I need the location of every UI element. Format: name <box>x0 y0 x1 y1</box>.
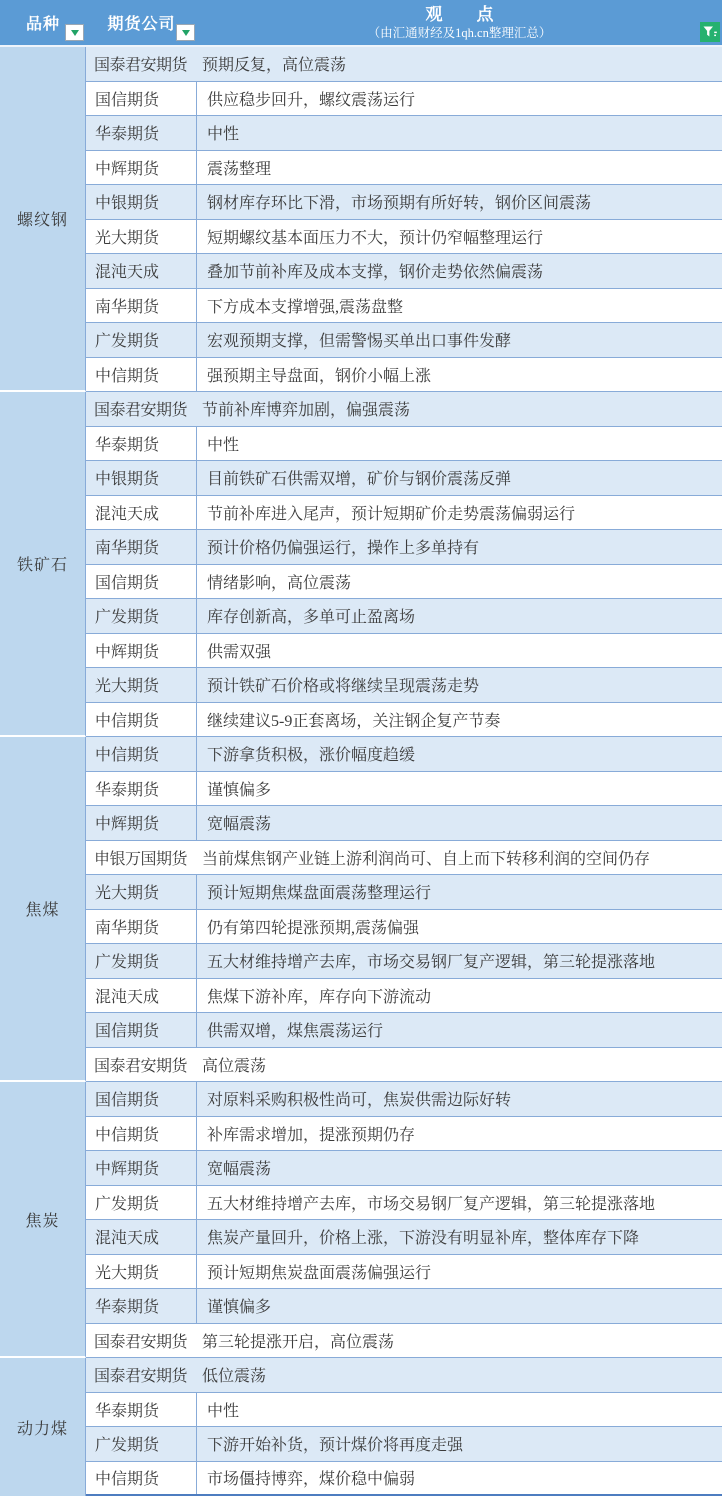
view-cell[interactable]: 节前补库进入尾声，预计短期矿价走势震荡偏弱运行 <box>197 496 722 530</box>
company-cell[interactable]: 混沌天成 <box>86 496 197 530</box>
filter-funnel-icon[interactable] <box>700 22 720 42</box>
view-cell[interactable]: 下游拿货积极，涨价幅度趋缓 <box>197 737 722 771</box>
variety-cell[interactable]: 螺纹钢 <box>0 47 86 392</box>
company-cell[interactable]: 华泰期货 <box>86 1393 197 1427</box>
table-row: 中辉期货宽幅震荡 <box>86 806 722 841</box>
company-cell[interactable]: 中信期货 <box>86 1462 197 1495</box>
variety-group: 铁矿石国泰君安期货节前补库博弈加剧，偏强震荡华泰期货中性中银期货目前铁矿石供需双… <box>0 392 722 737</box>
header-cell-view[interactable]: 观 点 （由汇通财经及1qh.cn整理汇总） <box>197 0 722 45</box>
company-cell[interactable]: 国泰君安期货 <box>86 1048 192 1082</box>
table-row: 混沌天成焦煤下游补库，库存向下游流动 <box>86 979 722 1014</box>
view-cell[interactable]: 中性 <box>197 116 722 150</box>
company-cell[interactable]: 光大期货 <box>86 1255 197 1289</box>
table-row: 华泰期货谨慎偏多 <box>86 772 722 807</box>
view-cell[interactable]: 中性 <box>197 427 722 461</box>
view-cell[interactable]: 预期反复，高位震荡 <box>192 47 722 81</box>
table-row: 国泰君安期货节前补库博弈加剧，偏强震荡 <box>86 392 722 427</box>
company-cell[interactable]: 光大期货 <box>86 220 197 254</box>
table-row: 光大期货预计短期焦炭盘面震荡偏强运行 <box>86 1255 722 1290</box>
header-cell-company[interactable]: 期货公司 <box>86 0 197 45</box>
table-row: 国信期货供需双增，煤焦震荡运行 <box>86 1013 722 1048</box>
view-cell[interactable]: 焦煤下游补库，库存向下游流动 <box>197 979 722 1013</box>
table-row: 中辉期货供需双强 <box>86 634 722 669</box>
view-cell[interactable]: 预计铁矿石价格或将继续呈现震荡走势 <box>197 668 722 702</box>
table-row: 混沌天成叠加节前补库及成本支撑，钢价走势依然偏震荡 <box>86 254 722 289</box>
company-cell[interactable]: 中辉期货 <box>86 151 197 185</box>
company-cell[interactable]: 中信期货 <box>86 737 197 771</box>
variety-group: 焦煤中信期货下游拿货积极，涨价幅度趋缓华泰期货谨慎偏多中辉期货宽幅震荡申银万国期… <box>0 737 722 1082</box>
table-row: 华泰期货中性 <box>86 1393 722 1428</box>
company-cell[interactable]: 华泰期货 <box>86 1289 197 1323</box>
table-row: 国信期货情绪影响，高位震荡 <box>86 565 722 600</box>
company-cell[interactable]: 混沌天成 <box>86 254 197 288</box>
table-row: 中信期货补库需求增加，提涨预期仍存 <box>86 1117 722 1152</box>
view-cell[interactable]: 叠加节前补库及成本支撑，钢价走势依然偏震荡 <box>197 254 722 288</box>
view-cell[interactable]: 钢材库存环比下滑，市场预期有所好转，钢价区间震荡 <box>197 185 722 219</box>
table-row: 广发期货库存创新高，多单可止盈离场 <box>86 599 722 634</box>
view-cell[interactable]: 宽幅震荡 <box>197 806 722 840</box>
view-cell[interactable]: 宏观预期支撑，但需警惕买单出口事件发酵 <box>197 323 722 357</box>
table-row: 国泰君安期货第三轮提涨开启，高位震荡 <box>86 1324 722 1359</box>
variety-rows: 国泰君安期货预期反复，高位震荡国信期货供应稳步回升，螺纹震荡运行华泰期货中性中辉… <box>86 47 722 392</box>
view-cell[interactable]: 预计短期焦炭盘面震荡偏强运行 <box>197 1255 722 1289</box>
table-row: 混沌天成焦炭产量回升，价格上涨，下游没有明显补库，整体库存下降 <box>86 1220 722 1255</box>
company-cell[interactable]: 广发期货 <box>86 944 197 978</box>
company-cell[interactable]: 国信期货 <box>86 565 197 599</box>
futures-opinions-table: 品种 期货公司 观 点 （由汇通财经及1qh.cn整理汇总） 螺纹钢国泰君安期 <box>0 0 722 1496</box>
header-cell-variety[interactable]: 品种 <box>0 0 86 45</box>
view-cell[interactable]: 高位震荡 <box>192 1048 722 1082</box>
view-cell[interactable]: 库存创新高，多单可止盈离场 <box>197 599 722 633</box>
table-row: 广发期货宏观预期支撑，但需警惕买单出口事件发酵 <box>86 323 722 358</box>
company-cell[interactable]: 广发期货 <box>86 1186 197 1220</box>
view-cell[interactable]: 情绪影响，高位震荡 <box>197 565 722 599</box>
company-cell[interactable]: 广发期货 <box>86 599 197 633</box>
view-cell[interactable]: 五大材维持增产去库，市场交易钢厂复产逻辑，第三轮提涨落地 <box>197 944 722 978</box>
table-row: 南华期货仍有第四轮提涨预期,震荡偏强 <box>86 910 722 945</box>
company-cell[interactable]: 广发期货 <box>86 1427 197 1461</box>
variety-rows: 国泰君安期货节前补库博弈加剧，偏强震荡华泰期货中性中银期货目前铁矿石供需双增，矿… <box>86 392 722 737</box>
view-cell[interactable]: 第三轮提涨开启，高位震荡 <box>192 1324 722 1358</box>
view-cell[interactable]: 预计短期焦煤盘面震荡整理运行 <box>197 875 722 909</box>
table-row: 国信期货对原料采购积极性尚可，焦炭供需边际好转 <box>86 1082 722 1117</box>
company-cell[interactable]: 国泰君安期货 <box>86 392 192 426</box>
table-row: 广发期货五大材维持增产去库，市场交易钢厂复产逻辑，第三轮提涨落地 <box>86 944 722 979</box>
company-cell[interactable]: 光大期货 <box>86 668 197 702</box>
variety-filter-dropdown-button[interactable] <box>65 24 84 41</box>
company-cell[interactable]: 国信期货 <box>86 1082 197 1116</box>
view-cell[interactable]: 预计价格仍偏强运行，操作上多单持有 <box>197 530 722 564</box>
company-cell[interactable]: 申银万国期货 <box>86 841 192 875</box>
view-cell[interactable]: 供需双强 <box>197 634 722 668</box>
company-filter-dropdown-button[interactable] <box>176 24 195 41</box>
company-cell[interactable]: 中信期货 <box>86 703 197 737</box>
table-row: 国信期货供应稳步回升，螺纹震荡运行 <box>86 82 722 117</box>
company-cell[interactable]: 中银期货 <box>86 185 197 219</box>
company-cell[interactable]: 中信期货 <box>86 358 197 392</box>
variety-group: 螺纹钢国泰君安期货预期反复，高位震荡国信期货供应稳步回升，螺纹震荡运行华泰期货中… <box>0 47 722 392</box>
view-cell[interactable]: 市场僵持博弈，煤价稳中偏弱 <box>197 1462 722 1495</box>
table-row: 中银期货目前铁矿石供需双增，矿价与钢价震荡反弹 <box>86 461 722 496</box>
company-cell[interactable]: 华泰期货 <box>86 772 197 806</box>
funnel-glyph <box>702 24 718 40</box>
table-row: 中辉期货震荡整理 <box>86 151 722 186</box>
view-cell[interactable]: 当前煤焦钢产业链上游利润尚可、自上而下转移利润的空间仍存 <box>192 841 722 875</box>
variety-group: 焦炭国信期货对原料采购积极性尚可，焦炭供需边际好转中信期货补库需求增加，提涨预期… <box>0 1082 722 1358</box>
view-cell[interactable]: 五大材维持增产去库，市场交易钢厂复产逻辑，第三轮提涨落地 <box>197 1186 722 1220</box>
view-cell[interactable]: 震荡整理 <box>197 151 722 185</box>
table-row: 国泰君安期货预期反复，高位震荡 <box>86 47 722 82</box>
company-cell[interactable]: 南华期货 <box>86 289 197 323</box>
variety-rows: 国信期货对原料采购积极性尚可，焦炭供需边际好转中信期货补库需求增加，提涨预期仍存… <box>86 1082 722 1358</box>
view-cell[interactable]: 强预期主导盘面，钢价小幅上涨 <box>197 358 722 392</box>
table-row: 南华期货预计价格仍偏强运行，操作上多单持有 <box>86 530 722 565</box>
table-row: 中银期货钢材库存环比下滑，市场预期有所好转，钢价区间震荡 <box>86 185 722 220</box>
table-row: 中信期货继续建议5-9正套离场，关注钢企复产节奏 <box>86 703 722 738</box>
view-cell[interactable]: 目前铁矿石供需双增，矿价与钢价震荡反弹 <box>197 461 722 495</box>
company-cell[interactable]: 中辉期货 <box>86 634 197 668</box>
view-cell[interactable]: 下游开始补货，预计煤价将再度走强 <box>197 1427 722 1461</box>
variety-cell[interactable]: 焦炭 <box>0 1082 86 1358</box>
table-row: 中辉期货宽幅震荡 <box>86 1151 722 1186</box>
table-row: 光大期货预计铁矿石价格或将继续呈现震荡走势 <box>86 668 722 703</box>
company-cell[interactable]: 中银期货 <box>86 461 197 495</box>
table-row: 南华期货下方成本支撑增强,震荡盘整 <box>86 289 722 324</box>
table-row: 混沌天成节前补库进入尾声，预计短期矿价走势震荡偏弱运行 <box>86 496 722 531</box>
company-cell[interactable]: 光大期货 <box>86 875 197 909</box>
header-view-title: 观 点 <box>426 5 494 25</box>
variety-group: 动力煤国泰君安期货低位震荡华泰期货中性广发期货下游开始补货，预计煤价将再度走强中… <box>0 1358 722 1496</box>
view-cell[interactable]: 继续建议5-9正套离场，关注钢企复产节奏 <box>197 703 722 737</box>
view-cell[interactable]: 谨慎偏多 <box>197 1289 722 1323</box>
variety-rows: 国泰君安期货低位震荡华泰期货中性广发期货下游开始补货，预计煤价将再度走强中信期货… <box>86 1358 722 1496</box>
view-cell[interactable]: 谨慎偏多 <box>197 772 722 806</box>
table-row: 国泰君安期货高位震荡 <box>86 1048 722 1083</box>
company-cell[interactable]: 广发期货 <box>86 323 197 357</box>
view-cell[interactable]: 短期螺纹基本面压力不大，预计仍窄幅整理运行 <box>197 220 722 254</box>
header-variety-label: 品种 <box>26 11 60 34</box>
view-cell[interactable]: 供需双增，煤焦震荡运行 <box>197 1013 722 1047</box>
company-cell[interactable]: 国泰君安期货 <box>86 1324 192 1358</box>
company-cell[interactable]: 中信期货 <box>86 1117 197 1151</box>
company-cell[interactable]: 国泰君安期货 <box>86 1358 192 1392</box>
view-cell[interactable]: 宽幅震荡 <box>197 1151 722 1185</box>
view-cell[interactable]: 补库需求增加，提涨预期仍存 <box>197 1117 722 1151</box>
table-row: 广发期货下游开始补货，预计煤价将再度走强 <box>86 1427 722 1462</box>
view-cell[interactable]: 低位震荡 <box>192 1358 722 1392</box>
variety-cell[interactable]: 焦煤 <box>0 737 86 1082</box>
view-cell[interactable]: 下方成本支撑增强,震荡盘整 <box>197 289 722 323</box>
table-row: 中信期货下游拿货积极，涨价幅度趋缓 <box>86 737 722 772</box>
table-row: 华泰期货中性 <box>86 427 722 462</box>
company-cell[interactable]: 华泰期货 <box>86 427 197 461</box>
variety-cell[interactable]: 铁矿石 <box>0 392 86 737</box>
company-cell[interactable]: 中辉期货 <box>86 1151 197 1185</box>
table-row: 中信期货市场僵持博弈，煤价稳中偏弱 <box>86 1462 722 1496</box>
view-cell[interactable]: 中性 <box>197 1393 722 1427</box>
table-body: 螺纹钢国泰君安期货预期反复，高位震荡国信期货供应稳步回升，螺纹震荡运行华泰期货中… <box>0 47 722 1496</box>
company-cell[interactable]: 华泰期货 <box>86 116 197 150</box>
variety-rows: 中信期货下游拿货积极，涨价幅度趋缓华泰期货谨慎偏多中辉期货宽幅震荡申银万国期货当… <box>86 737 722 1082</box>
company-cell[interactable]: 国信期货 <box>86 1013 197 1047</box>
header-company-label: 期货公司 <box>107 11 175 34</box>
table-row: 华泰期货谨慎偏多 <box>86 1289 722 1324</box>
company-cell[interactable]: 中辉期货 <box>86 806 197 840</box>
company-cell[interactable]: 国泰君安期货 <box>86 47 192 81</box>
view-cell[interactable]: 对原料采购积极性尚可，焦炭供需边际好转 <box>197 1082 722 1116</box>
table-row: 广发期货五大材维持增产去库，市场交易钢厂复产逻辑，第三轮提涨落地 <box>86 1186 722 1221</box>
company-cell[interactable]: 混沌天成 <box>86 979 197 1013</box>
header-view-subtitle: （由汇通财经及1qh.cn整理汇总） <box>368 26 552 40</box>
view-cell[interactable]: 焦炭产量回升，价格上涨，下游没有明显补库，整体库存下降 <box>197 1220 722 1254</box>
company-cell[interactable]: 南华期货 <box>86 530 197 564</box>
table-row: 国泰君安期货低位震荡 <box>86 1358 722 1393</box>
table-row: 申银万国期货当前煤焦钢产业链上游利润尚可、自上而下转移利润的空间仍存 <box>86 841 722 876</box>
view-cell[interactable]: 仍有第四轮提涨预期,震荡偏强 <box>197 910 722 944</box>
table-row: 中信期货强预期主导盘面，钢价小幅上涨 <box>86 358 722 393</box>
variety-cell[interactable]: 动力煤 <box>0 1358 86 1496</box>
table-row: 光大期货短期螺纹基本面压力不大，预计仍窄幅整理运行 <box>86 220 722 255</box>
view-cell[interactable]: 供应稳步回升，螺纹震荡运行 <box>197 82 722 116</box>
table-header-row: 品种 期货公司 观 点 （由汇通财经及1qh.cn整理汇总） <box>0 0 722 47</box>
chevron-down-icon <box>182 30 190 36</box>
table-row: 光大期货预计短期焦煤盘面震荡整理运行 <box>86 875 722 910</box>
company-cell[interactable]: 南华期货 <box>86 910 197 944</box>
company-cell[interactable]: 国信期货 <box>86 82 197 116</box>
view-cell[interactable]: 节前补库博弈加剧，偏强震荡 <box>192 392 722 426</box>
company-cell[interactable]: 混沌天成 <box>86 1220 197 1254</box>
chevron-down-icon <box>71 30 79 36</box>
table-row: 华泰期货中性 <box>86 116 722 151</box>
